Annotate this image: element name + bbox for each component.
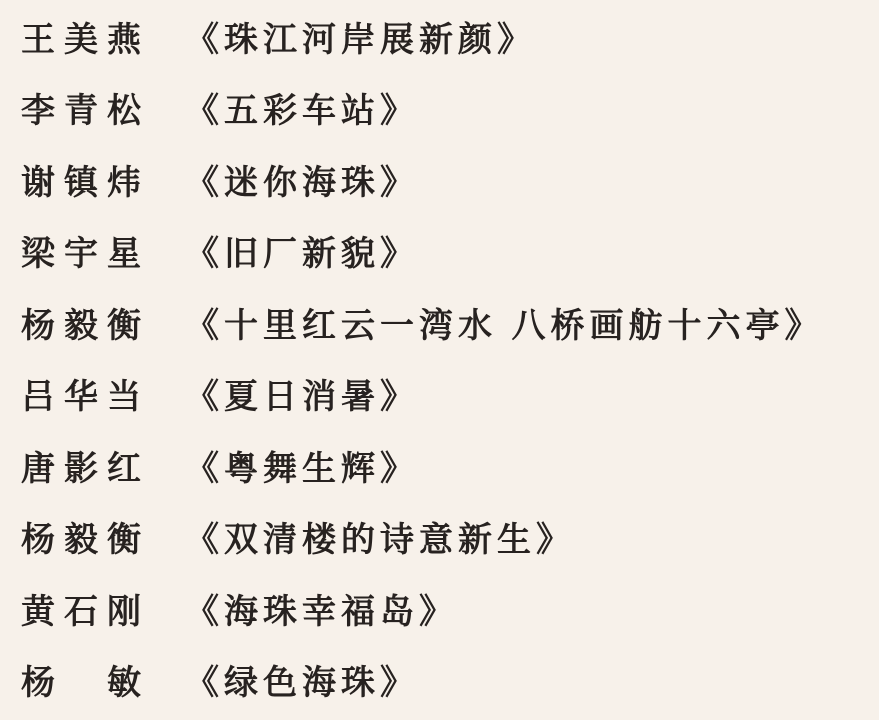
author-name: 谢镇炜 <box>21 166 185 200</box>
list-item: 杨毅衡 《十里红云一湾水 八桥画舫十六亭》 <box>21 290 879 362</box>
artwork-title: 《夏日消暑》 <box>185 380 419 414</box>
list-item: 李青松 《五彩车站》 <box>21 76 879 148</box>
list-item: 黄石刚 《海珠幸福岛》 <box>21 576 879 648</box>
author-name: 杨 敏 <box>21 666 185 700</box>
list-item: 杨毅衡 《双清楼的诗意新生》 <box>21 505 879 577</box>
artwork-title: 《迷你海珠》 <box>185 166 419 200</box>
list-item: 杨 敏 《绿色海珠》 <box>21 648 879 720</box>
author-name: 李青松 <box>21 94 185 128</box>
author-name: 杨毅衡 <box>21 523 185 557</box>
author-name: 吕华当 <box>21 380 185 414</box>
list-item: 梁宇星 《旧厂新貌》 <box>21 219 879 291</box>
list-item: 唐影红 《粤舞生辉》 <box>21 433 879 505</box>
artwork-title: 《旧厂新貌》 <box>185 237 419 271</box>
author-name: 梁宇星 <box>21 237 185 271</box>
artwork-title: 《五彩车站》 <box>185 94 419 128</box>
author-name: 杨毅衡 <box>21 309 185 343</box>
list-item: 谢镇炜 《迷你海珠》 <box>21 147 879 219</box>
author-name: 唐影红 <box>21 452 185 486</box>
artwork-title: 《双清楼的诗意新生》 <box>185 523 575 557</box>
artwork-title: 《海珠幸福岛》 <box>185 595 458 629</box>
list-item: 吕华当 《夏日消暑》 <box>21 362 879 434</box>
author-name: 黄石刚 <box>21 595 185 629</box>
artwork-title: 《绿色海珠》 <box>185 666 419 700</box>
artwork-title: 《粤舞生辉》 <box>185 452 419 486</box>
author-name: 王美燕 <box>21 23 185 57</box>
list-item: 王美燕 《珠江河岸展新颜》 <box>21 4 879 76</box>
artwork-title: 《珠江河岸展新颜》 <box>185 23 536 57</box>
artwork-title: 《十里红云一湾水 八桥画舫十六亭》 <box>185 309 823 343</box>
artwork-list: 王美燕 《珠江河岸展新颜》 李青松 《五彩车站》 谢镇炜 《迷你海珠》 梁宇星 … <box>0 0 879 720</box>
